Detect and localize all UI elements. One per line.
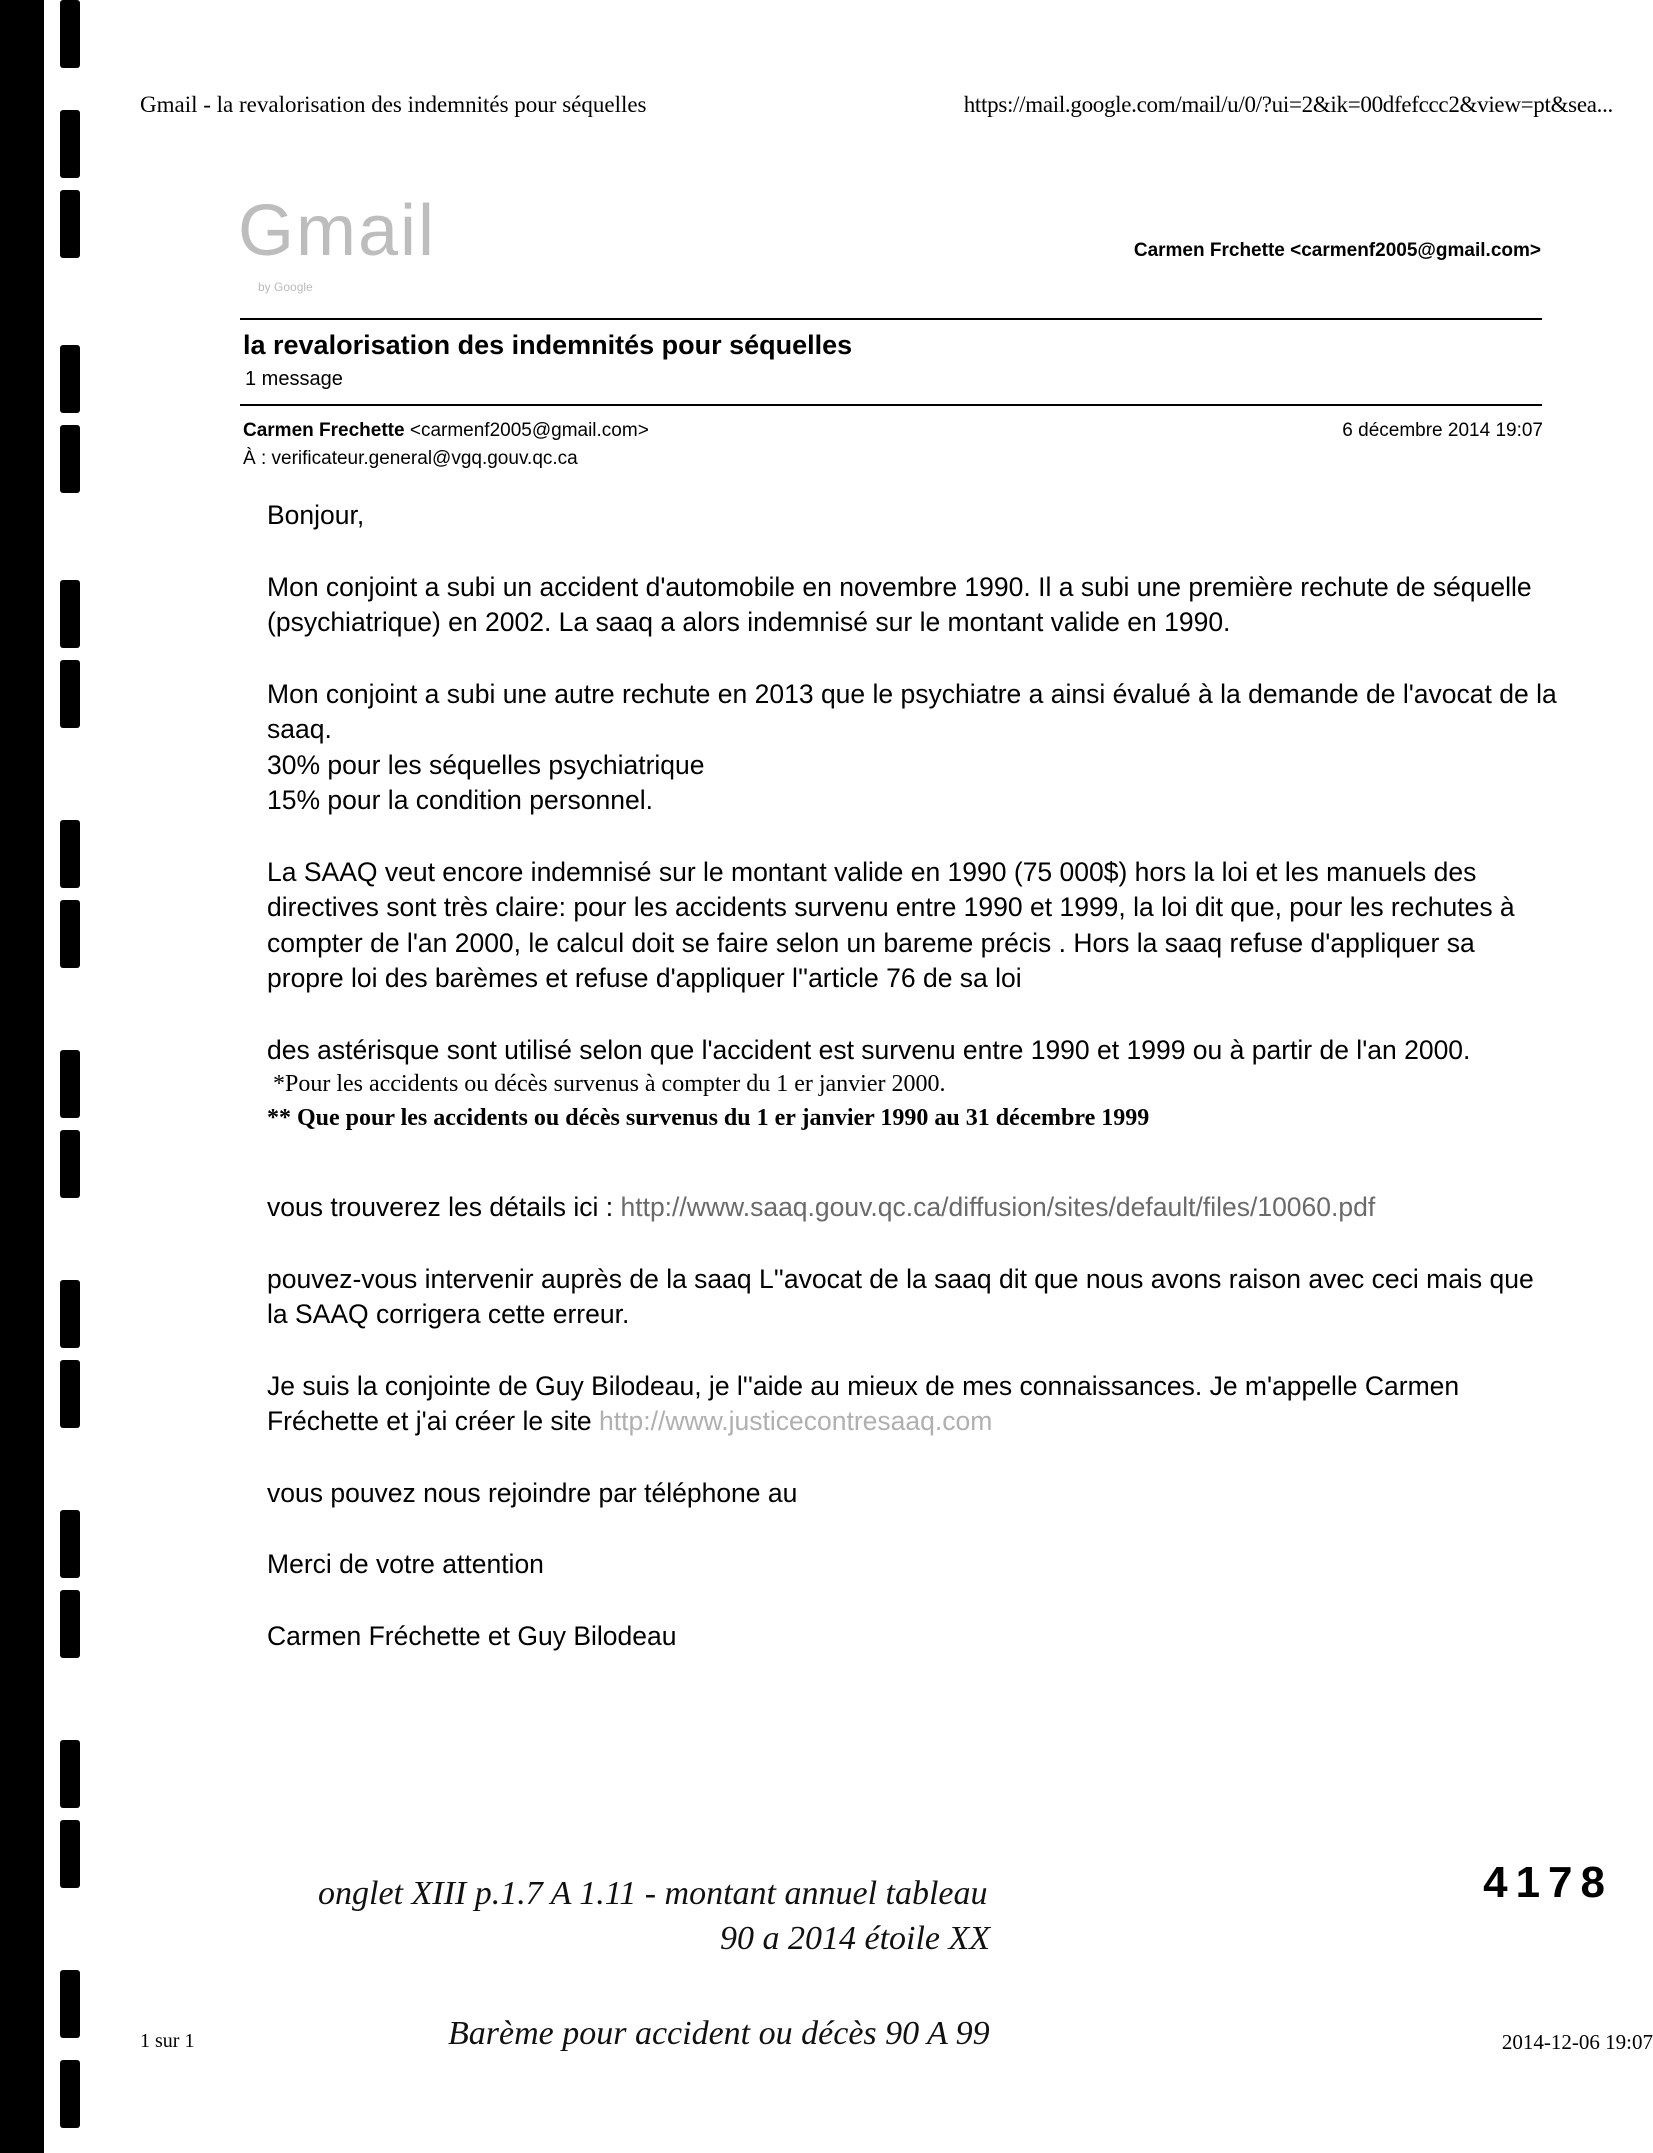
scan-mark — [60, 1130, 80, 1198]
scan-mark — [60, 900, 80, 968]
print-header: Gmail - la revalorisation des indemnités… — [140, 92, 1613, 118]
print-title: Gmail - la revalorisation des indemnités… — [140, 92, 647, 118]
greeting: Bonjour, — [267, 498, 1557, 534]
print-url: https://mail.google.com/mail/u/0/?ui=2&i… — [964, 92, 1613, 118]
website-link[interactable]: http://www.justicecontresaaq.com — [599, 1406, 992, 1436]
divider — [240, 318, 1542, 320]
page-number: 1 sur 1 — [140, 2030, 194, 2053]
print-timestamp: 2014-12-06 19:07 — [1502, 2030, 1653, 2055]
scan-mark — [60, 1740, 80, 1808]
scan-edge — [0, 0, 44, 2153]
sender-email: <carmenf2005@gmail.com> — [410, 420, 649, 441]
paragraph: vous pouvez nous rejoindre par téléphone… — [267, 1476, 1557, 1512]
scan-mark — [60, 190, 80, 258]
paragraph: 15% pour la condition personnel. — [267, 783, 1557, 819]
saaq-link[interactable]: http://www.saaq.gouv.qc.ca/diffusion/sit… — [620, 1192, 1375, 1222]
handwritten-note: Barème pour accident ou décès 90 A 99 — [448, 2015, 990, 2053]
paragraph: Mon conjoint a subi un accident d'automo… — [267, 570, 1557, 641]
scan-mark — [60, 1050, 80, 1118]
paragraph: des astérisque sont utilisé selon que l'… — [267, 1033, 1557, 1069]
paragraph: vous trouverez les détails ici : http://… — [267, 1190, 1557, 1226]
message-body: Bonjour, Mon conjoint a subi un accident… — [267, 498, 1557, 1654]
stamp-number: 4178 — [1483, 1858, 1613, 1908]
details-prefix: vous trouverez les détails ici : — [267, 1192, 620, 1222]
scan-mark — [60, 1360, 80, 1428]
footnote: *Pour les accidents ou décès survenus à … — [267, 1068, 1557, 1100]
handwritten-note: onglet XIII p.1.7 A 1.11 - montant annue… — [318, 1875, 988, 1913]
scan-mark — [60, 1590, 80, 1658]
message-recipient: À : verificateur.general@vgq.gouv.qc.ca — [243, 448, 578, 470]
account-email: Carmen Frchette <carmenf2005@gmail.com> — [1134, 240, 1541, 262]
divider — [240, 404, 1542, 406]
scan-mark — [60, 1970, 80, 2038]
scan-mark — [60, 580, 80, 648]
paragraph: 30% pour les séquelles psychiatrique — [267, 748, 1557, 784]
message-sender: Carmen Frechette <carmenf2005@gmail.com> — [243, 420, 649, 442]
message-count: 1 message — [245, 368, 343, 391]
paragraph: Merci de votre attention — [267, 1547, 1557, 1583]
scan-mark — [60, 1820, 80, 1888]
paragraph: pouvez-vous intervenir auprès de la saaq… — [267, 1262, 1557, 1333]
gmail-logo: Gmail — [238, 195, 436, 267]
scan-mark — [60, 425, 80, 493]
scan-mark — [60, 820, 80, 888]
message-date: 6 décembre 2014 19:07 — [1342, 420, 1543, 442]
scan-mark — [60, 0, 80, 68]
scan-mark — [60, 110, 80, 178]
paragraph: La SAAQ veut encore indemnisé sur le mon… — [267, 855, 1557, 997]
paragraph: Je suis la conjointe de Guy Bilodeau, je… — [267, 1369, 1557, 1440]
scan-mark — [60, 660, 80, 728]
scan-mark — [60, 1280, 80, 1348]
footnote: ** Que pour les accidents ou décès surve… — [267, 1100, 1557, 1136]
sender-name: Carmen Frechette — [243, 420, 405, 441]
signature: Carmen Fréchette et Guy Bilodeau — [267, 1619, 1557, 1655]
gmail-logo-subtext: by Google — [258, 280, 313, 294]
thread-subject: la revalorisation des indemnités pour sé… — [243, 330, 852, 361]
scan-mark — [60, 345, 80, 413]
handwritten-note: 90 a 2014 étoile XX — [720, 1920, 990, 1958]
scan-mark — [60, 1510, 80, 1578]
scan-mark — [60, 2060, 80, 2128]
paragraph: Mon conjoint a subi une autre rechute en… — [267, 677, 1557, 748]
